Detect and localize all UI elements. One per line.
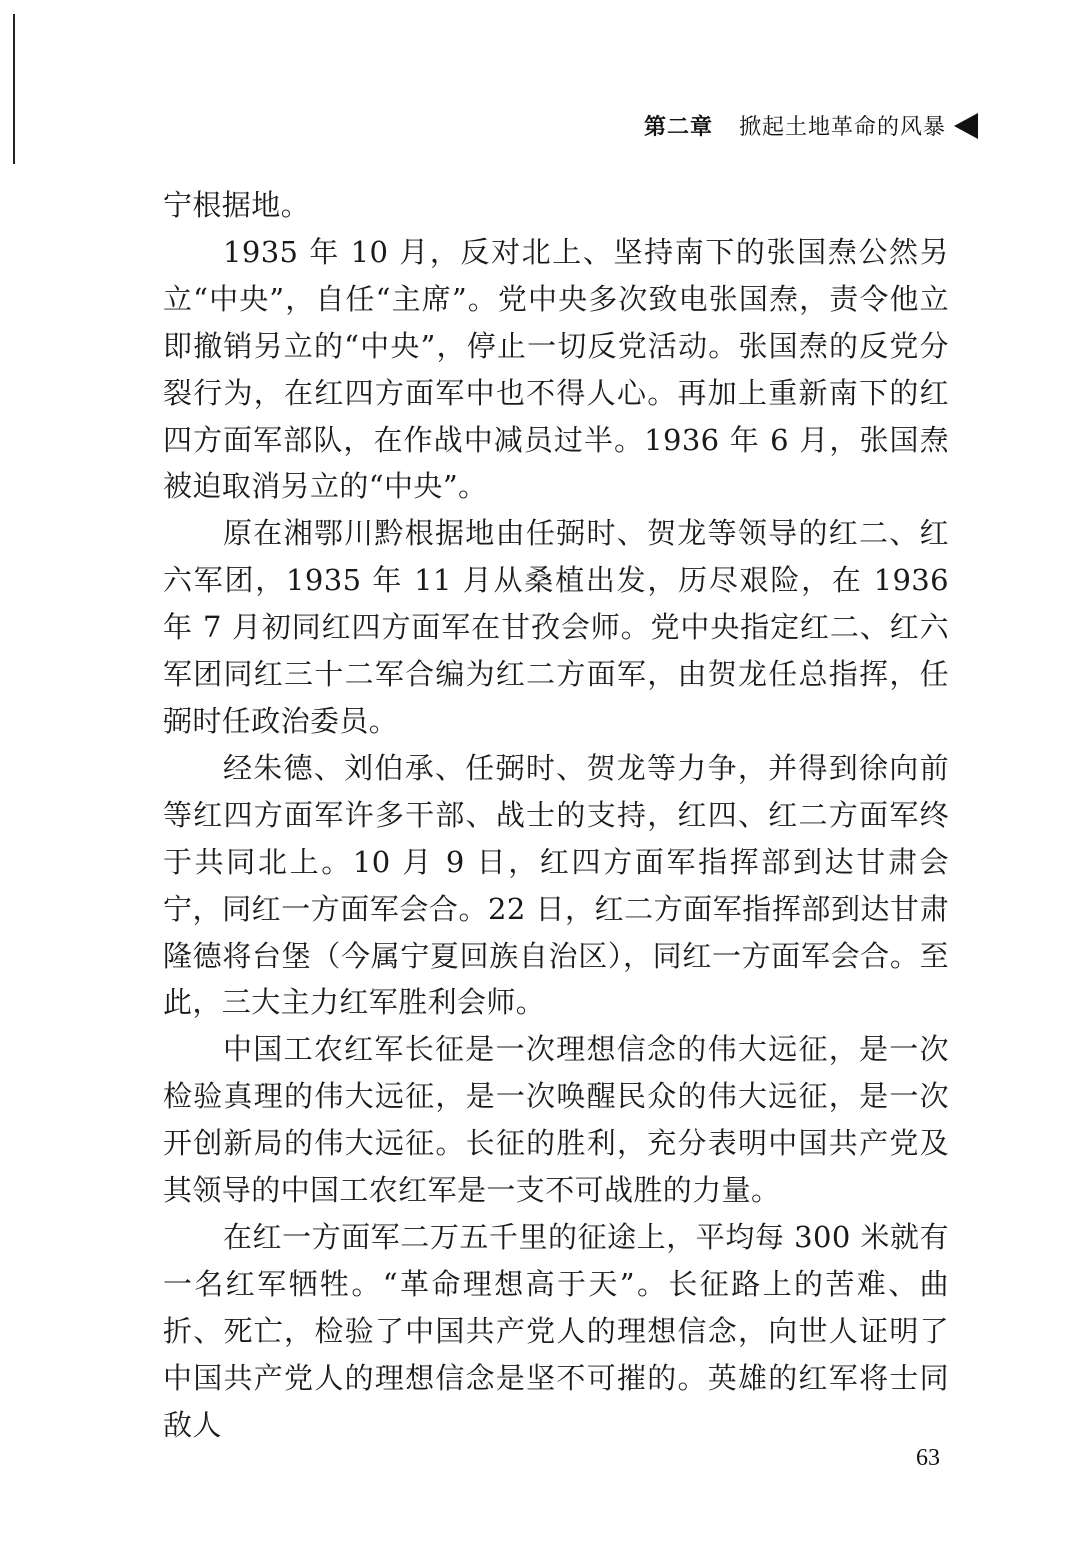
paragraph: 经朱德、刘伯承、任弼时、贺龙等力争，并得到徐向前等红四方面军许多干部、战士的支持…	[163, 745, 949, 1026]
paragraph-continuation: 宁根据地。	[163, 182, 949, 229]
paragraph: 1935 年 10 月，反对北上、坚持南下的张国焘公然另立“中央”，自任“主席”…	[163, 229, 949, 510]
paragraph: 在红一方面军二万五千里的征途上，平均每 300 米就有一名红军牺牲。“革命理想高…	[163, 1214, 949, 1449]
paragraph: 中国工农红军长征是一次理想信念的伟大远征，是一次检验真理的伟大远征，是一次唤醒民…	[163, 1026, 949, 1214]
page-number: 63	[916, 1445, 940, 1472]
binding-edge-line	[13, 14, 15, 164]
paragraph: 原在湘鄂川黔根据地由任弼时、贺龙等领导的红二、红六军团，1935 年 11 月从…	[163, 510, 949, 745]
body-text: 宁根据地。 1935 年 10 月，反对北上、坚持南下的张国焘公然另立“中央”，…	[163, 182, 949, 1448]
chapter-title: 掀起土地革命的风暴	[739, 110, 946, 141]
left-triangle-icon	[954, 113, 978, 139]
chapter-number: 第二章	[644, 110, 713, 141]
running-header: 第二章 掀起土地革命的风暴	[644, 110, 978, 141]
